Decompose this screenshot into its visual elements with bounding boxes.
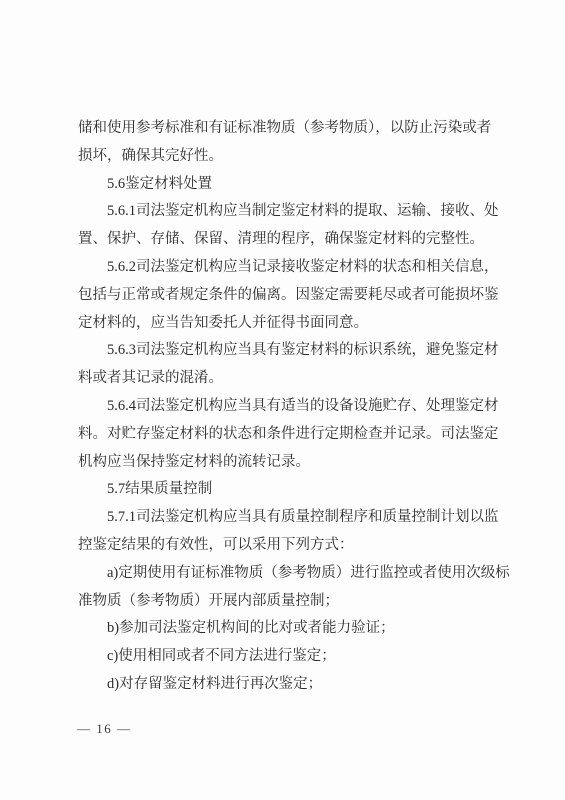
text-line: d)对存留鉴定材料进行再次鉴定； xyxy=(78,671,502,699)
text-line: c)使用相同或者不同方法进行鉴定； xyxy=(78,643,502,671)
text-line: 损坏，确保其完好性。 xyxy=(78,143,502,171)
document-body: 储和使用参考标准和有证标准物质（参考物质），以防止污染或者损坏，确保其完好性。5… xyxy=(78,115,502,699)
text-line: 准物质（参考物质）开展内部质量控制； xyxy=(78,588,502,616)
text-line: 控鉴定结果的有效性，可以采用下列方式： xyxy=(78,532,502,560)
text-line: 储和使用参考标准和有证标准物质（参考物质），以防止污染或者 xyxy=(78,115,502,143)
text-line: 5.6.3司法鉴定机构应当具有鉴定材料的标识系统，避免鉴定材 xyxy=(78,337,502,365)
text-line: 料。对贮存鉴定材料的状态和条件进行定期检查并记录。司法鉴定 xyxy=(78,421,502,449)
text-line: 定材料的，应当告知委托人并征得书面同意。 xyxy=(78,310,502,338)
text-line: 置、保护、存储、保留、清理的程序，确保鉴定材料的完整性。 xyxy=(78,226,502,254)
text-line: 包括与正常或者规定条件的偏离。因鉴定需要耗尽或者可能损坏鉴 xyxy=(78,282,502,310)
text-line: a)定期使用有证标准物质（参考物质）进行监控或者使用次级标 xyxy=(78,560,502,588)
text-line: 5.6.4司法鉴定机构应当具有适当的设备设施贮存、处理鉴定材 xyxy=(78,393,502,421)
text-line: 5.6.2司法鉴定机构应当记录接收鉴定材料的状态和相关信息， xyxy=(78,254,502,282)
text-line: 5.6鉴定材料处置 xyxy=(78,171,502,199)
text-line: 5.7结果质量控制 xyxy=(78,476,502,504)
text-line: b)参加司法鉴定机构间的比对或者能力验证； xyxy=(78,615,502,643)
text-line: 料或者其记录的混淆。 xyxy=(78,365,502,393)
text-line: 5.7.1司法鉴定机构应当具有质量控制程序和质量控制计划以监 xyxy=(78,504,502,532)
page-number: — 16 — xyxy=(77,719,132,739)
text-line: 5.6.1司法鉴定机构应当制定鉴定材料的提取、运输、接收、处 xyxy=(78,198,502,226)
text-line: 机构应当保持鉴定材料的流转记录。 xyxy=(78,449,502,477)
document-page: 储和使用参考标准和有证标准物质（参考物质），以防止污染或者损坏，确保其完好性。5… xyxy=(0,0,565,800)
